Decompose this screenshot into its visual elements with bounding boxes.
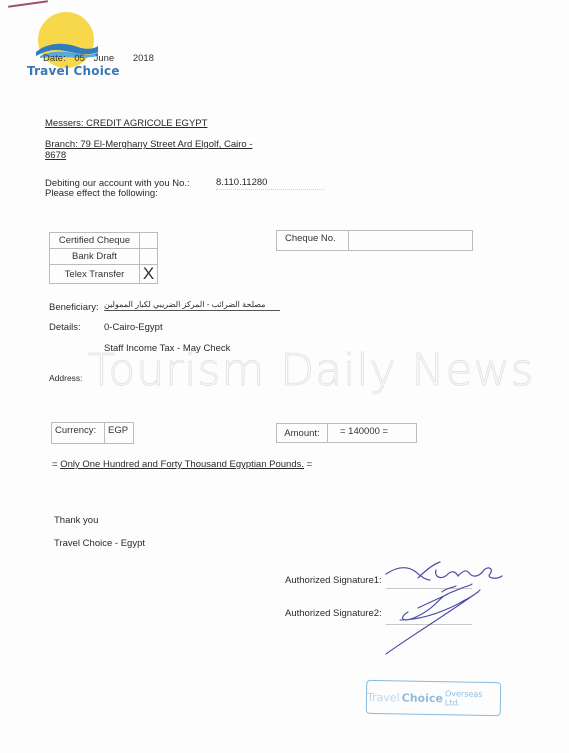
thank-you-text: Thank you (54, 515, 98, 526)
messers-line: Messers: CREDIT AGRICOLE EGYPT (45, 118, 207, 129)
payment-type-label: Bank Draft (50, 249, 140, 265)
amount-label: Amount: (277, 424, 328, 443)
cheque-number-label: Cheque No. (277, 231, 349, 251)
payment-type-mark[interactable] (140, 233, 158, 249)
date-label: Date: (43, 53, 66, 64)
pen-mark (8, 0, 48, 8)
brand-logo-text: Travel Choice (27, 64, 120, 78)
payment-type-row[interactable]: Certified Cheque (50, 233, 158, 249)
currency-label: Currency: (52, 423, 105, 444)
date-month: June (94, 53, 115, 64)
branch-line-2: 8678 (45, 150, 66, 161)
payment-type-row[interactable]: Telex Transfer X (50, 265, 158, 284)
address-label: Address: (49, 373, 83, 383)
stamp-text-2: Choice (402, 691, 443, 705)
date-day: 05 (74, 53, 85, 64)
account-number: 8.110.11280 (216, 177, 267, 188)
amount-value: = 140000 = (328, 424, 417, 443)
payment-type-table: Certified Cheque Bank Draft Telex Transf… (49, 232, 158, 284)
payment-type-mark[interactable] (140, 249, 158, 265)
signature-1-label: Authorized Signature1: (285, 575, 382, 586)
payment-type-label: Telex Transfer (50, 265, 140, 284)
amount-words-text: Only One Hundred and Forty Thousand Egyp… (60, 459, 304, 470)
signature-2-label: Authorized Signature2: (285, 608, 382, 619)
effect-label: Please effect the following: (45, 188, 158, 199)
beneficiary-label: Beneficiary: (49, 302, 99, 313)
date: Date: 05 June 2018 (43, 53, 160, 64)
details-line-1: 0-Cairo-Egypt (104, 322, 163, 333)
company-name-text: Travel Choice - Egypt (54, 538, 145, 549)
details-label: Details: (49, 322, 81, 333)
currency-value: EGP (105, 423, 134, 444)
amount-in-words: = Only One Hundred and Forty Thousand Eg… (52, 459, 312, 470)
currency-box: Currency: EGP (51, 422, 134, 444)
amount-box: Amount: = 140000 = (276, 423, 417, 443)
payment-type-mark[interactable]: X (140, 265, 158, 284)
details-line-2: Staff Income Tax - May Check (104, 343, 230, 354)
branch-line-1: Branch: 79 El-Merghany Street Ard Elgolf… (45, 139, 253, 150)
cheque-number-box: Cheque No. (276, 230, 473, 251)
account-underline (216, 189, 324, 191)
date-year: 2018 (133, 53, 154, 64)
stamp-text-1: Travel (367, 690, 400, 704)
handwritten-signatures (378, 558, 508, 658)
payment-type-row[interactable]: Bank Draft (50, 249, 158, 265)
company-stamp: Travel Choice Overseas Ltd. (366, 680, 502, 716)
amount-words-suffix: = (304, 459, 312, 470)
beneficiary-value: مصلحة الضرائب - المركز الضريبي لكبار الم… (104, 300, 280, 311)
payment-type-label: Certified Cheque (50, 233, 140, 249)
cheque-number-field[interactable] (349, 231, 473, 251)
amount-words-prefix: = (52, 459, 60, 470)
stamp-text-3: Overseas Ltd. (445, 689, 500, 708)
